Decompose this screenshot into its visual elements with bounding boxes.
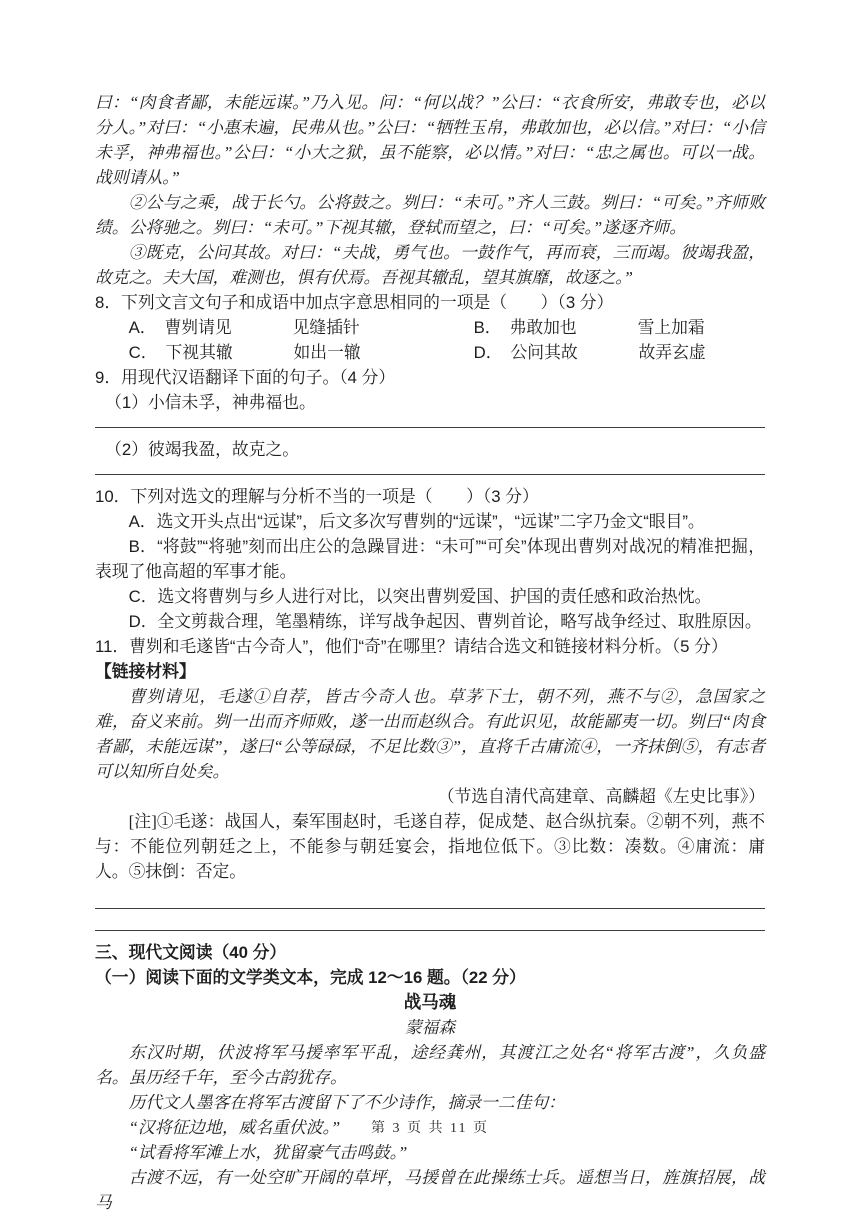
option-phrase: 弗敢加也 bbox=[510, 315, 638, 340]
essay-title: 战马魂 bbox=[95, 990, 765, 1015]
classical-passage-paragraph: ③既克，公问其故。对曰：“夫战，勇气也。一鼓作气，再而衰，三而竭。彼竭我盈，故克… bbox=[95, 240, 765, 290]
link-material-notes: [注]①毛遂：战国人，秦军围赵时，毛遂自荐，促成楚、赵合纵抗秦。②朝不列，燕不与… bbox=[95, 809, 765, 884]
option-label: A． bbox=[129, 315, 157, 340]
answer-blank-line bbox=[95, 918, 765, 931]
essay-paragraph: 东汉时期，伏波将军马援率军平乱，途经龚州，其渡江之处名“将军古渡”，久负盛名。虽… bbox=[95, 1040, 765, 1090]
question-11-stem: 11．曹刿和毛遂皆“古今奇人”，他们“奇”在哪里？请结合选文和链接材料分析。（5… bbox=[95, 634, 765, 659]
link-material-quote: 曹刿请见，毛遂①自荐，皆古今奇人也。草茅下士，朝不列，燕不与②，急国家之难，奋义… bbox=[95, 684, 765, 784]
question-10-option-d: D．全文剪裁合理，笔墨精练，详写战争起因、曹刿首论，略写战争经过、取胜原因。 bbox=[95, 609, 765, 634]
answer-blank-line bbox=[95, 894, 765, 909]
question-10-option-a: A．选文开头点出“远谋”，后文多次写曹刿的“远谋”，“远谋”二字乃金文“眼目”。 bbox=[95, 509, 765, 534]
question-8-stem: 8．下列文言文句子和成语中加点字意思相同的一项是（ ）（3 分） bbox=[95, 290, 765, 315]
question-10-option-b: B．“将鼓”“将驰”刻而出庄公的急躁冒进：“未可”“可矣”体现出曹刿对战况的精准… bbox=[95, 534, 765, 584]
answer-blank-line bbox=[95, 415, 765, 428]
option-phrase: 故弄玄虚 bbox=[639, 340, 706, 365]
question-10-stem: 10．下列对选文的理解与分析不当的一项是（ ）（3 分） bbox=[95, 484, 765, 509]
option-phrase: 下视其辙 bbox=[166, 340, 294, 365]
essay-paragraph: “试看将军滩上水，犹留豪气击鸣鼓。” bbox=[95, 1140, 765, 1165]
question-8-option-b: B． 弗敢加也 雪上加霜 bbox=[474, 315, 765, 340]
question-9-item-2: （2）彼竭我盈，故克之。 bbox=[95, 437, 765, 462]
option-phrase: 曹刿请见 bbox=[165, 315, 293, 340]
link-material-source: （节选自清代高建章、高麟超《左史比事》） bbox=[95, 784, 765, 809]
question-8-options: A． 曹刿请见 见缝插针 B． 弗敢加也 雪上加霜 C． 下视其辙 如出一辙 D… bbox=[95, 315, 765, 365]
option-label: B． bbox=[474, 315, 502, 340]
page-content: 曰：“肉食者鄙，未能远谋。”乃入见。问：“何以战？”公曰：“衣食所安，弗敢专也，… bbox=[95, 90, 765, 1215]
essay-paragraph: 历代文人墨客在将军古渡留下了不少诗作，摘录一二佳句： bbox=[95, 1090, 765, 1115]
essay-author: 蒙福森 bbox=[95, 1015, 765, 1040]
question-8-option-c: C． 下视其辙 如出一辙 bbox=[129, 340, 474, 365]
option-phrase: 如出一辙 bbox=[294, 340, 361, 365]
option-phrase: 见缝插针 bbox=[293, 315, 360, 340]
option-phrase: 公问其故 bbox=[511, 340, 639, 365]
exam-document-page: 曰：“肉食者鄙，未能远谋。”乃入见。问：“何以战？”公曰：“衣食所安，弗敢专也，… bbox=[0, 0, 860, 1216]
question-8-option-d: D． 公问其故 故弄玄虚 bbox=[474, 340, 765, 365]
answer-blank-line bbox=[95, 462, 765, 475]
option-label: C． bbox=[129, 340, 158, 365]
section-3-header: 三、现代文阅读（40 分） bbox=[95, 940, 765, 965]
question-8-option-a: A． 曹刿请见 见缝插针 bbox=[129, 315, 474, 340]
essay-paragraph: 古渡不远，有一处空旷开阔的草坪，马援曾在此操练士兵。遥想当日，旌旗招展，战马 bbox=[95, 1165, 765, 1215]
question-10-option-c: C．选文将曹刿与乡人进行对比，以突出曹刿爱国、护国的责任感和政治热忱。 bbox=[95, 584, 765, 609]
classical-passage-paragraph: 曰：“肉食者鄙，未能远谋。”乃入见。问：“何以战？”公曰：“衣食所安，弗敢专也，… bbox=[95, 90, 765, 190]
section-3-subheader: （一）阅读下面的文学类文本，完成 12～16 题。（22 分） bbox=[95, 965, 765, 990]
option-label: D． bbox=[474, 340, 503, 365]
question-9-item-1: （1）小信未孚，神弗福也。 bbox=[95, 390, 765, 415]
option-phrase: 雪上加霜 bbox=[638, 315, 705, 340]
page-number: 第 3 页 共 11 页 bbox=[0, 1117, 860, 1137]
question-9-stem: 9．用现代汉语翻译下面的句子。（4 分） bbox=[95, 365, 765, 390]
link-material-header: 【链接材料】 bbox=[95, 659, 765, 684]
classical-passage-paragraph: ②公与之乘，战于长勺。公将鼓之。刿曰：“未可。”齐人三鼓。刿曰：“可矣。”齐师败… bbox=[95, 190, 765, 240]
